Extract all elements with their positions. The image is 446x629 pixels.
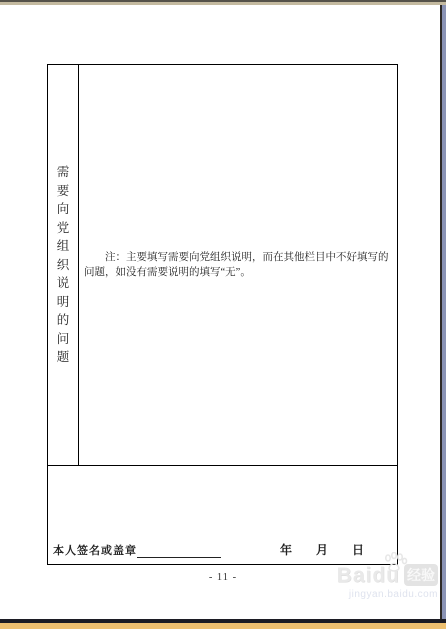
instruction-note: 注：主要填写需要向党组织说明，而在其他栏目中不好填写的问题，如没有需要说明的填写… [84,250,392,281]
section-label: 需要向党组织说明的问题 [57,163,70,367]
watermark-logo-row: Baidu 经验 [337,564,438,588]
watermark-badge: 经验 [404,564,438,586]
section-label-cell: 需要向党组织说明的问题 [48,65,79,465]
window-frame-bottom-outer [0,623,446,629]
signature-blank-line [137,545,221,558]
window-frame-right-outer [442,0,446,619]
paw-icon [383,552,409,577]
form-table: 需要向党组织说明的问题 注：主要填写需要向党组织说明，而在其他栏目中不好填写的问… [47,64,398,565]
watermark-url: jingyan.baidu.com [298,589,438,600]
form-row-main: 需要向党组织说明的问题 注：主要填写需要向党组织说明，而在其他栏目中不好填写的问… [48,65,397,466]
signature-label: 本人签名或盖章 [53,545,137,557]
section-content-cell: 注：主要填写需要向党组织说明，而在其他栏目中不好填写的问题，如没有需要说明的填写… [79,65,397,465]
baidu-jingyan-watermark: Baidu 经验 jingyan.baidu.com [298,564,438,600]
signature-row: 本人签名或盖章 [53,542,221,558]
form-row-signature: 本人签名或盖章 年 月 日 [48,466,397,564]
date-line: 年 月 日 [280,541,364,558]
window-frame-top-outer [0,2,446,5]
